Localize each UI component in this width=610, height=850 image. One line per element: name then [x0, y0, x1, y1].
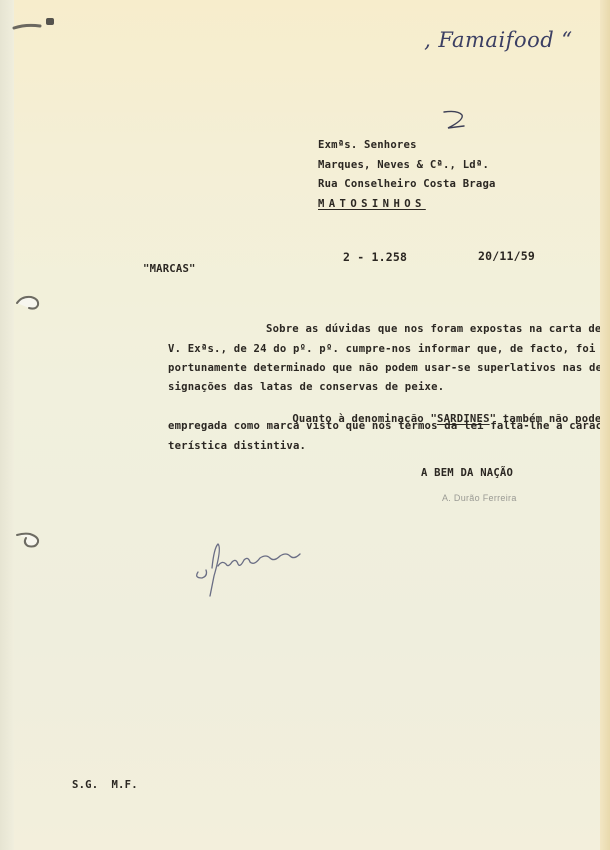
recipient-salutation: Exmªs. Senhores [318, 139, 417, 151]
signatory-stamp: A. Durão Ferreira [442, 493, 517, 503]
punch-hole-icon [14, 293, 44, 313]
subject-line: "MARCAS" [143, 263, 196, 275]
recipient-company: Marques, Neves & Cª., Ldª. [318, 159, 489, 171]
body-line-1: Sobre as dúvidas que nos foram expostas … [266, 323, 601, 335]
handwritten-signature-icon [192, 538, 312, 600]
handwritten-annotation: ‚ Famaifood “ [424, 28, 573, 52]
body-line-4: signações das latas de conservas de peix… [168, 381, 444, 393]
punch-hole-icon [14, 528, 44, 550]
body-para2-line-2: empregada como marca visto que nos termo… [168, 420, 609, 432]
letter-date: 20/11/59 [478, 249, 535, 263]
document-page: ‚ Famaifood “ Exmªs. Senhores Marques, N… [0, 0, 610, 850]
footer-initials: S.G. M.F. [72, 779, 138, 791]
handwritten-s-mark-icon [440, 108, 470, 132]
body-para2-line-3: terística distintiva. [168, 440, 306, 452]
recipient-city: MATOSINHOS [318, 198, 426, 210]
closing-motto: A BEM DA NAÇÃO [421, 467, 513, 479]
reference-number: 2 - 1.258 [343, 250, 407, 264]
body-line-2: V. Exªs., de 24 do pº. pº. cumpre-nos in… [168, 343, 609, 355]
body-line-3: portunamente determinado que não podem u… [168, 362, 609, 374]
staple-mark-icon [10, 14, 60, 34]
recipient-street: Rua Conselheiro Costa Braga [318, 178, 496, 190]
